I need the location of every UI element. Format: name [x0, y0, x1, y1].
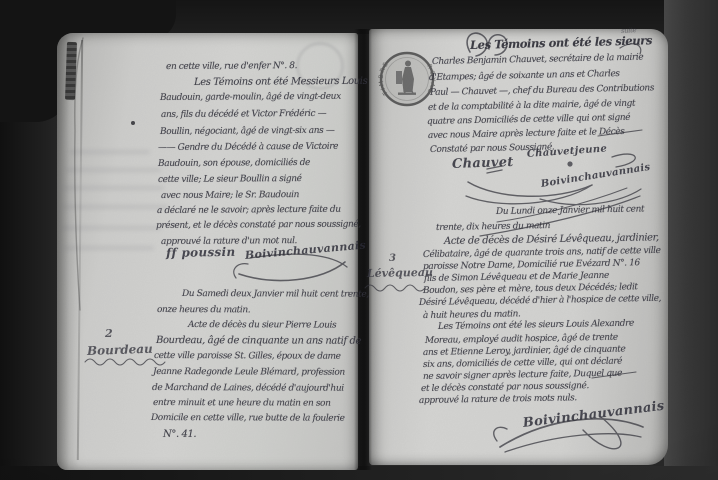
- margin-entry-number-left: 2: [105, 327, 113, 340]
- handwritten-line: à huit heures du matin.: [423, 309, 521, 321]
- handwritten-line: Baudouin, son épouse, domiciliés de: [158, 158, 310, 169]
- scan-photo: TIMBRE ROYAL suite en cette ville, rue d…: [0, 0, 718, 480]
- handwritten-line: a déclaré ne le savoir; après lecture fa…: [157, 205, 341, 216]
- witness-signature: ff poussin: [166, 245, 236, 260]
- handwritten-line: de Marchand de Laines, décédé d'aujourd'…: [152, 383, 344, 394]
- handwritten-line: —— Gendre du Décédé à cause de Victoire: [158, 142, 338, 153]
- handwritten-line: Jeanne Radegonde Leule Blémard, professi…: [153, 367, 345, 378]
- handwritten-line: Bourdeau, âgé de cinquante un ans natif …: [156, 335, 361, 347]
- handwritten-line: présent, et le décès constaté par nous s…: [156, 220, 361, 231]
- margin-entry-number-right: 3: [389, 253, 396, 264]
- handwritten-line: entre minuit et une heure du matin en so…: [153, 398, 331, 409]
- handwritten-line: trente, dix heures du matin: [436, 221, 550, 233]
- handwritten-line: cette ville; Le sieur Boullin a signé: [158, 174, 302, 185]
- witness-signature: Chauvet: [452, 155, 514, 172]
- bleedthrough-line: [62, 226, 162, 230]
- handwritten-line: Boullin, négociant, âgé de vingt-six ans…: [160, 126, 334, 137]
- handwritten-line: cette ville paroisse St. Gilles, époux d…: [154, 351, 341, 362]
- handwritten-line: Domicile en cette ville, rue butte de la…: [151, 413, 345, 424]
- bleedthrough-line: [63, 205, 168, 209]
- ink-spot: [131, 121, 135, 125]
- background-right-band: [664, 0, 718, 480]
- handwritten-line: onze heures du matin.: [157, 305, 250, 315]
- handwritten-line: Acte de décès du sieur Pierre Louis: [188, 320, 336, 331]
- bleedthrough-line: [66, 168, 161, 172]
- handwritten-line: N°. 41.: [163, 429, 196, 440]
- margin-entry-name-right: Lévêqueau: [367, 266, 433, 280]
- handwritten-line: ans, fils du décédé et Victor Frédéric —: [161, 109, 326, 120]
- handwritten-line: Les Témoins ont été Messieurs Louis: [194, 76, 367, 88]
- bleedthrough-line: [64, 246, 154, 250]
- handwritten-line: en cette ville, rue d'enfer N°. 8.: [166, 61, 297, 72]
- bleedthrough-line: [64, 186, 164, 190]
- bleedthrough-line: [70, 150, 150, 154]
- handwritten-line: Baudouin, garde-moulin, âgé de vingt-deu…: [160, 92, 341, 103]
- margin-entry-name-left: Bourdeau: [87, 342, 153, 358]
- handwritten-line: avec nous Maire; le Sr. Baudouin: [161, 190, 299, 201]
- binding-edge-label: [65, 42, 77, 100]
- handwritten-line: Du Samedi deux Janvier mil huit cent tre…: [182, 289, 369, 300]
